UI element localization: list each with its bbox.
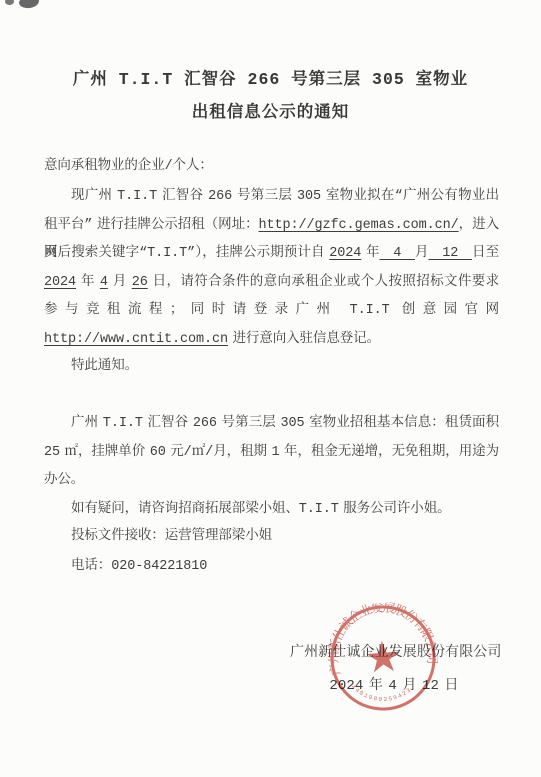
text-line: 现广州 T.I.T 汇智谷 266 号第三层 305 室物业拟在“广州公有物业出 [44,183,499,212]
text-line: 页后搜索关键字“T.I.T”），挂牌公示期预计自 2024 年 4 月 12 日… [44,240,499,269]
title-line-1: 广州 T.I.T 汇智谷 266 号第三层 305 室物业 [0,63,541,96]
document-title: 广州 T.I.T 汇智谷 266 号第三层 305 室物业 出租信息公示的通知 [0,63,541,129]
scan-artifact [5,0,14,5]
paragraph-listing-announcement: 现广州 T.I.T 汇智谷 266 号第三层 305 室物业拟在“广州公有物业出… [44,183,499,354]
text-line: 广州 T.I.T 汇智谷 266 号第三层 305 室物业招租基本信息：租赁面积 [44,410,499,439]
seal-ring-text: 广州新仕诚企业发展股份有限公司 [324,599,440,677]
text-line: 租平台” 进行挂牌公示招租（网址：http://gzfc.gemas.com.c… [44,212,499,241]
salutation: 意向承租物业的企业/个人： [44,153,499,182]
paragraph-basic-info: 广州 T.I.T 汇智谷 266 号第三层 305 室物业招租基本信息：租赁面积… [44,410,499,496]
phone-line: 电话：020-84221810 [44,553,499,582]
document-page: 广州 T.I.T 汇智谷 266 号第三层 305 室物业 出租信息公示的通知 … [0,0,541,777]
text-line: 25 ㎡，挂牌单价 60 元/㎡/月，租期 1 年，租金无递增，无免租期，用途为 [44,439,499,468]
text-line: 参与竞租流程；同时请登录广州 T.I.T 创意园官网 [44,297,499,326]
scan-artifact [18,0,39,9]
title-line-2: 出租信息公示的通知 [0,96,541,129]
closing-line: 特此通知。 [44,353,499,382]
contact-inquiry-line: 如有疑问，请咨询招商拓展部梁小姐、T.I.T 服务公司许小姐。 [44,496,499,525]
text-line: 2024 年 4 月 26 日，请符合条件的意向承租企业或个人按照招标文件要求 [44,269,499,298]
text-line: http://www.cntit.com.cn 进行意向入驻信息登记。 [44,326,499,355]
bid-receive-line: 投标文件接收：运营管理部梁小姐 [44,523,499,552]
text-line: 办公。 [44,467,499,496]
seal-star-icon [366,640,400,673]
official-seal: 广州新仕诚企业发展股份有限公司 4401980259423 [324,599,441,716]
